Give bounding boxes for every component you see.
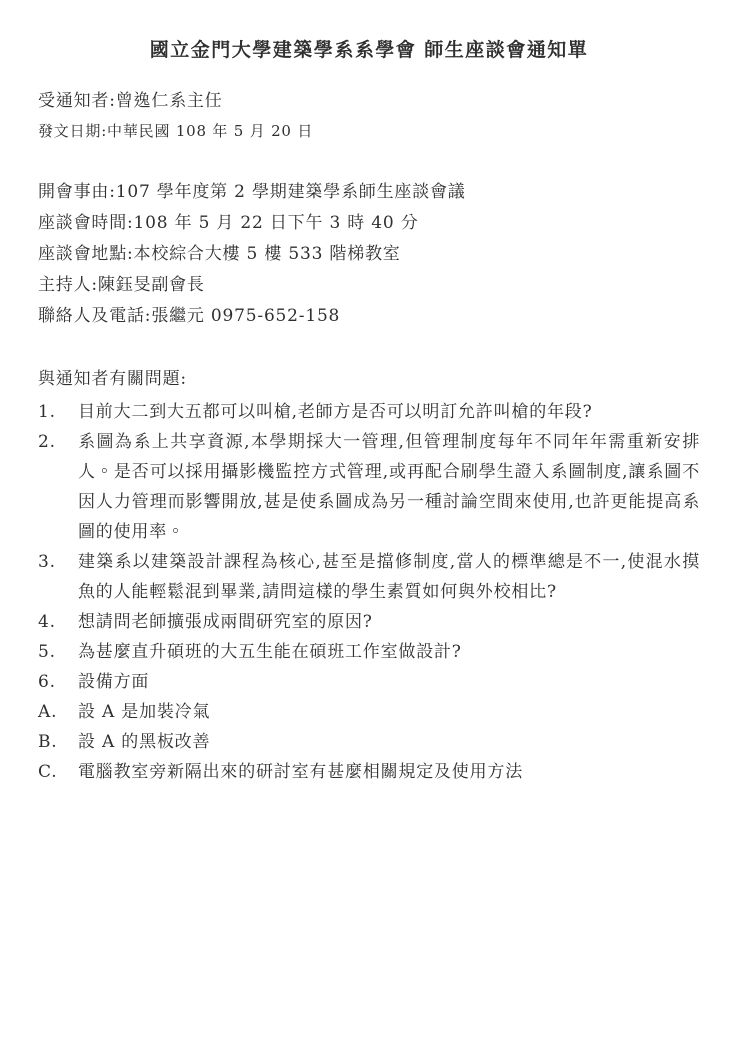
- question-marker: 1.: [38, 397, 78, 427]
- question-marker: 3.: [38, 547, 78, 577]
- question-item-6: 6. 設備方面: [38, 667, 700, 697]
- question-item-4: 4. 想請問老師擴張成兩間研究室的原因?: [38, 607, 700, 637]
- question-text: 想請問老師擴張成兩間研究室的原因?: [78, 607, 700, 637]
- meeting-subject-line: 開會事由:107 學年度第 2 學期建築學系師生座談會議: [38, 177, 700, 208]
- meeting-host-line: 主持人:陳鈺旻副會長: [38, 270, 700, 301]
- meeting-location-line: 座談會地點:本校綜合大樓 5 樓 533 階梯教室: [38, 239, 700, 270]
- question-marker: 4.: [38, 607, 78, 637]
- question-item-5: 5. 為甚麼直升碩班的大五生能在碩班工作室做設計?: [38, 637, 700, 667]
- notice-document: 國立金門大學建築學系系學會 師生座談會通知單 受通知者:曾逸仁系主任 發文日期:…: [0, 0, 740, 1046]
- equipment-item-b: B. 設 A 的黑板改善: [38, 727, 700, 757]
- question-text: 建築系以建築設計課程為核心,甚至是擋修制度,當人的標準總是不一,使混水摸魚的人能…: [78, 547, 700, 607]
- question-item-2: 2. 系圖為系上共享資源,本學期採大一管理,但管理制度每年不同年年需重新安排人。…: [38, 427, 700, 547]
- blank-gap: [38, 145, 700, 177]
- blank-gap: [38, 332, 700, 364]
- equipment-item-c: C. 電腦教室旁新隔出來的研討室有甚麼相關規定及使用方法: [38, 757, 700, 787]
- question-text: 為甚麼直升碩班的大五生能在碩班工作室做設計?: [78, 637, 700, 667]
- question-text: 設備方面: [78, 667, 700, 697]
- meeting-contact-line: 聯絡人及電話:張繼元 0975-652-158: [38, 301, 700, 332]
- question-marker: 6.: [38, 667, 78, 697]
- question-text: 電腦教室旁新隔出來的研討室有甚麼相關規定及使用方法: [78, 757, 700, 787]
- question-text: 設 A 是加裝冷氣: [78, 697, 700, 727]
- question-item-1: 1. 目前大二到大五都可以叫槍,老師方是否可以明訂允許叫槍的年段?: [38, 397, 700, 427]
- question-marker: 2.: [38, 427, 78, 457]
- equipment-item-a: A. 設 A 是加裝冷氣: [38, 697, 700, 727]
- questions-header: 與通知者有關問題:: [38, 364, 700, 395]
- question-text: 設 A 的黑板改善: [78, 727, 700, 757]
- recipient-line: 受通知者:曾逸仁系主任: [38, 86, 700, 117]
- question-marker: C.: [38, 757, 78, 787]
- issue-date-line: 發文日期:中華民國 108 年 5 月 20 日: [38, 117, 700, 145]
- meeting-time-line: 座談會時間:108 年 5 月 22 日下午 3 時 40 分: [38, 208, 700, 239]
- document-title: 國立金門大學建築學系系學會 師生座談會通知單: [38, 36, 700, 64]
- question-marker: A.: [38, 697, 78, 727]
- question-item-3: 3. 建築系以建築設計課程為核心,甚至是擋修制度,當人的標準總是不一,使混水摸魚…: [38, 547, 700, 607]
- question-marker: 5.: [38, 637, 78, 667]
- question-marker: B.: [38, 727, 78, 757]
- question-text: 系圖為系上共享資源,本學期採大一管理,但管理制度每年不同年年需重新安排人。是否可…: [78, 427, 700, 547]
- question-text: 目前大二到大五都可以叫槍,老師方是否可以明訂允許叫槍的年段?: [78, 397, 700, 427]
